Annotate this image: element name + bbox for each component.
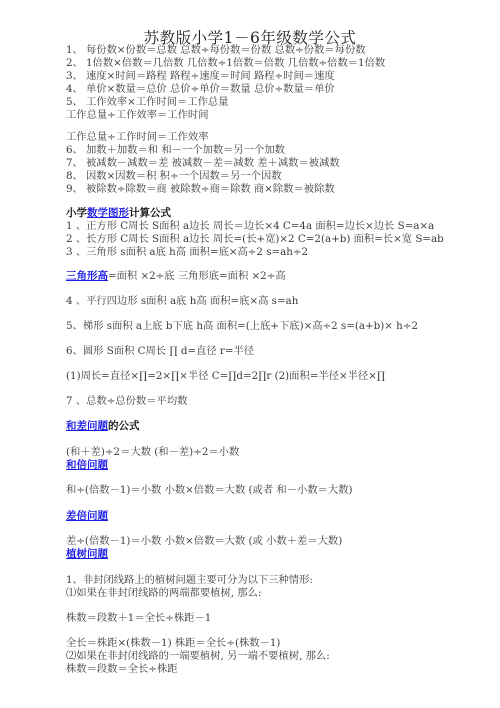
formula-line-1: 1、每份数×份数＝总数 总数÷每份数＝份数 总数÷份数＝每份数 [66, 44, 366, 57]
sum-multiple-formula: 和÷(倍数－1)＝小数 小数×倍数＝大数 (或者 和－小数＝大数) [66, 484, 353, 497]
formula-text: 速度×时间＝路程 路程÷速度＝时间 路程÷时间＝速度 [86, 70, 335, 82]
item-number: 1、 [66, 44, 86, 57]
triangle-height-link[interactable]: 三角形高 [66, 270, 108, 282]
item-number: 4、 [66, 83, 86, 96]
formula-line-6: 6、加数＋加数＝和 和－一个加数＝另一个加数 [66, 144, 285, 157]
triangle-height-line: 三角形高=面积 ×2÷底 三角形底=面积 ×2÷高 [66, 270, 286, 283]
formula-text: 因数×因数＝积 积÷一个因数＝另一个因数 [86, 170, 282, 182]
heading-prefix: 小学 [66, 207, 87, 219]
tree-line-1: 1、非封闭线路上的植树问题主要可分为以下三种情形: [66, 574, 313, 587]
sum-diff-heading: 和差问题的公式 [66, 420, 140, 433]
formula-text: 1倍数×倍数＝几倍数 几倍数÷1倍数＝倍数 几倍数÷倍数＝1倍数 [86, 57, 385, 69]
tree-line-6: 株数＝段数＝全长÷株距 [66, 663, 178, 676]
diff-multiple-link[interactable]: 差倍问题 [66, 510, 108, 522]
triangle-height-text: =面积 ×2÷底 三角形底=面积 ×2÷高 [108, 270, 286, 282]
tree-planting-link[interactable]: 植树问题 [66, 548, 108, 560]
sum-multiple-link[interactable]: 和倍问题 [66, 459, 108, 471]
formula-text: 被除数÷除数＝商 被除数÷商＝除数 商×除数＝被除数 [86, 183, 335, 195]
diff-multiple-heading: 差倍问题 [66, 510, 108, 523]
sum-diff-formula: (和＋差)÷2＝大数 (和－差)÷2＝小数 [66, 446, 239, 459]
triangle-formula: 3 、三角形 s面积 a底 h高 面积=底×高÷2 s=ah÷2 [66, 246, 308, 259]
diff-multiple-formula: 差÷(倍数－1)＝小数 小数×倍数＝大数 (或 小数＋差＝大数) [66, 535, 342, 548]
heading-suffix: 计算公式 [129, 207, 171, 219]
item-number: 6、 [66, 144, 86, 157]
geometry-heading: 小学数学图形计算公式 [66, 207, 171, 220]
tree-line-3: 株数＝段数＋1＝全长÷株距－1 [66, 612, 211, 625]
trapezoid-formula: 5、梯形 s面积 a上底 b下底 h高 面积=(上底+下底)×高÷2 s=(a+… [66, 320, 418, 333]
parallelogram-formula: 4 、平行四边形 s面积 a底 h高 面积=底×高 s=ah [66, 295, 298, 308]
tree-line-4: 全长＝株距×(株数－1) 株距＝全长÷(株数－1) [66, 637, 280, 650]
formula-line-2: 2、1倍数×倍数＝几倍数 几倍数÷1倍数＝倍数 几倍数÷倍数＝1倍数 [66, 57, 385, 70]
circle-formula: (1)周长=直径×∏=2×∏×半径 C=∏d=2∏r (2)面积=半径×半径×∏ [66, 370, 385, 383]
average-formula: 7 、总数÷总份数＝平均数 [66, 395, 187, 408]
formula-line-8: 8、因数×因数＝积 积÷一个因数＝另一个因数 [66, 170, 282, 183]
item-number: 3、 [66, 70, 86, 83]
item-number: 2、 [66, 57, 86, 70]
tree-heading: 植树问题 [66, 548, 108, 561]
formula-line-4: 4、单价×数量＝总价 总价÷单价＝数量 总价÷数量＝单价 [66, 83, 335, 96]
formula-text: 被减数－减数＝差 被减数－差＝减数 差＋减数＝被减数 [86, 157, 340, 169]
square-formula: 1 、正方形 C周长 S面积 a边长 周长＝边长×4 C=4a 面积=边长×边长… [66, 220, 434, 233]
formula-line-5: 5、工作效率×工作时间＝工作总量 [66, 96, 229, 109]
rectangle-formula: 2 、长方形 C周长 S面积 a边长 周长=(长+宽)×2 C=2(a+b) 面… [66, 233, 444, 246]
item-number: 9、 [66, 183, 86, 196]
formula-text: 工作效率×工作时间＝工作总量 [86, 96, 229, 108]
sum-diff-link[interactable]: 和差问题 [66, 420, 108, 432]
formula-line-7: 7、被减数－减数＝差 被减数－差＝减数 差＋减数＝被减数 [66, 157, 340, 170]
formula-text: 每份数×份数＝总数 总数÷每份数＝份数 总数÷份数＝每份数 [86, 44, 366, 56]
item-number: 5、 [66, 96, 86, 109]
sum-multiple-heading: 和倍问题 [66, 459, 108, 472]
item-number: 7、 [66, 157, 86, 170]
math-shapes-link[interactable]: 数学图形 [87, 207, 129, 219]
document-page: 苏教版小学1－6年级数学公式 1、每份数×份数＝总数 总数÷每份数＝份数 总数÷… [0, 0, 500, 708]
formula-text: 加数＋加数＝和 和－一个加数＝另一个加数 [86, 144, 285, 156]
formula-line-3: 3、速度×时间＝路程 路程÷速度＝时间 路程÷时间＝速度 [66, 70, 335, 83]
work-time-line: 工作总量÷工作效率＝工作时间 [66, 109, 209, 122]
work-efficiency-line: 工作总量÷工作时间＝工作效率 [66, 131, 209, 144]
heading-suffix: 的公式 [108, 420, 140, 432]
formula-text: 单价×数量＝总价 总价÷单价＝数量 总价÷数量＝单价 [86, 83, 335, 95]
tree-line-5: ⑵如果在非封闭线路的一端要植树, 另一端不要植树, 那么: [66, 650, 330, 663]
tree-line-2: ⑴如果在非封闭线路的两端都要植树, 那么: [66, 587, 261, 600]
formula-line-9: 9、被除数÷除数＝商 被除数÷商＝除数 商×除数＝被除数 [66, 183, 335, 196]
circle-definition: 6、圆形 S面积 C周长 ∏ d=直径 r=半径 [66, 345, 254, 358]
item-number: 8、 [66, 170, 86, 183]
